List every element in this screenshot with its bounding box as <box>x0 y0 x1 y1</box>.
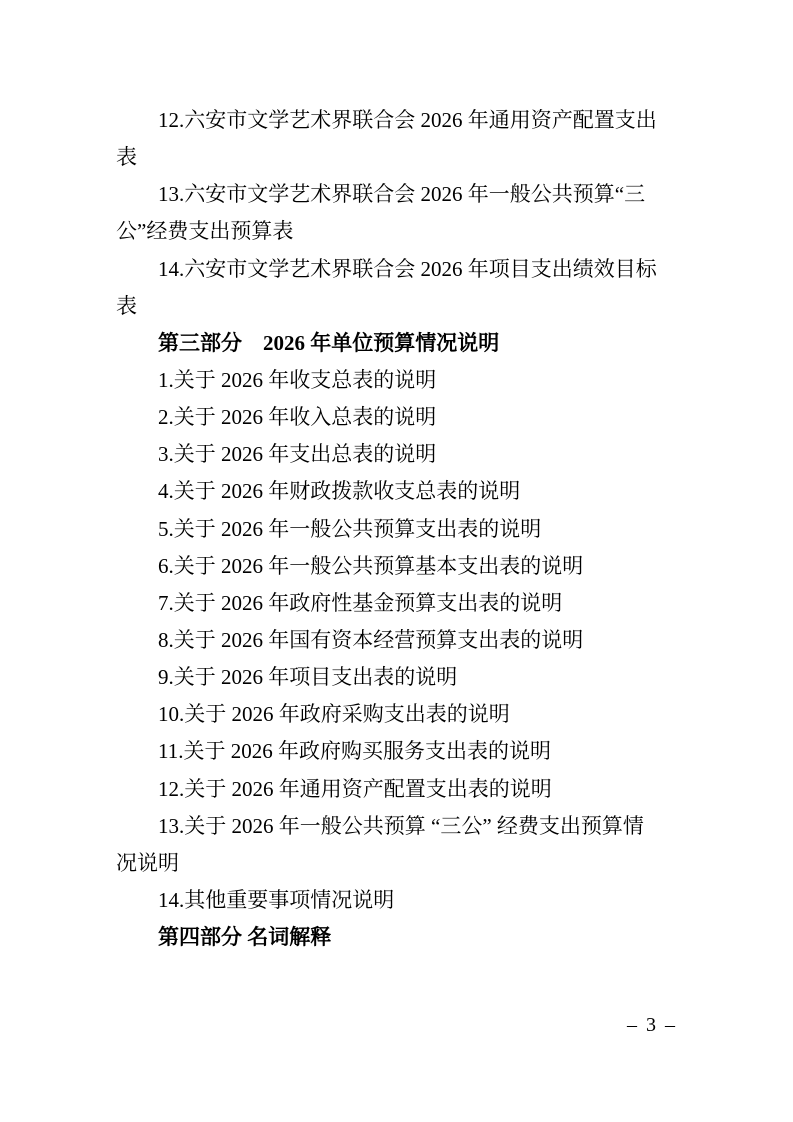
document-page: 12.六安市文学艺术界联合会 2026 年通用资产配置支出表13.六安市文学艺术… <box>0 0 793 1122</box>
document-line: 表 <box>116 139 680 176</box>
document-line: 14.其他重要事项情况说明 <box>116 882 680 919</box>
document-line: 公”经费支出预算表 <box>116 213 680 250</box>
document-line: 表 <box>116 288 680 325</box>
document-line: 11.关于 2026 年政府购买服务支出表的说明 <box>116 733 680 770</box>
document-line: 3.关于 2026 年支出总表的说明 <box>116 436 680 473</box>
document-line: 6.关于 2026 年一般公共预算基本支出表的说明 <box>116 548 680 585</box>
document-line: 14.六安市文学艺术界联合会 2026 年项目支出绩效目标 <box>116 251 680 288</box>
document-line: 4.关于 2026 年财政拨款收支总表的说明 <box>116 473 680 510</box>
document-line: 13.六安市文学艺术界联合会 2026 年一般公共预算“三 <box>116 176 680 213</box>
document-line: 10.关于 2026 年政府采购支出表的说明 <box>116 696 680 733</box>
section-heading: 第四部分 名词解释 <box>116 919 680 956</box>
document-line: 1.关于 2026 年收支总表的说明 <box>116 362 680 399</box>
document-line: 9.关于 2026 年项目支出表的说明 <box>116 659 680 696</box>
document-line: 12.六安市文学艺术界联合会 2026 年通用资产配置支出 <box>116 102 680 139</box>
document-line: 2.关于 2026 年收入总表的说明 <box>116 399 680 436</box>
document-line: 12.关于 2026 年通用资产配置支出表的说明 <box>116 771 680 808</box>
document-content: 12.六安市文学艺术界联合会 2026 年通用资产配置支出表13.六安市文学艺术… <box>116 102 680 956</box>
document-line: 况说明 <box>116 845 680 882</box>
document-line: 7.关于 2026 年政府性基金预算支出表的说明 <box>116 585 680 622</box>
document-line: 5.关于 2026 年一般公共预算支出表的说明 <box>116 511 680 548</box>
page-number: – 3 – <box>627 1013 677 1037</box>
document-line: 13.关于 2026 年一般公共预算 “三公” 经费支出预算情 <box>116 808 680 845</box>
section-heading: 第三部分 2026 年单位预算情况说明 <box>116 325 680 362</box>
document-line: 8.关于 2026 年国有资本经营预算支出表的说明 <box>116 622 680 659</box>
